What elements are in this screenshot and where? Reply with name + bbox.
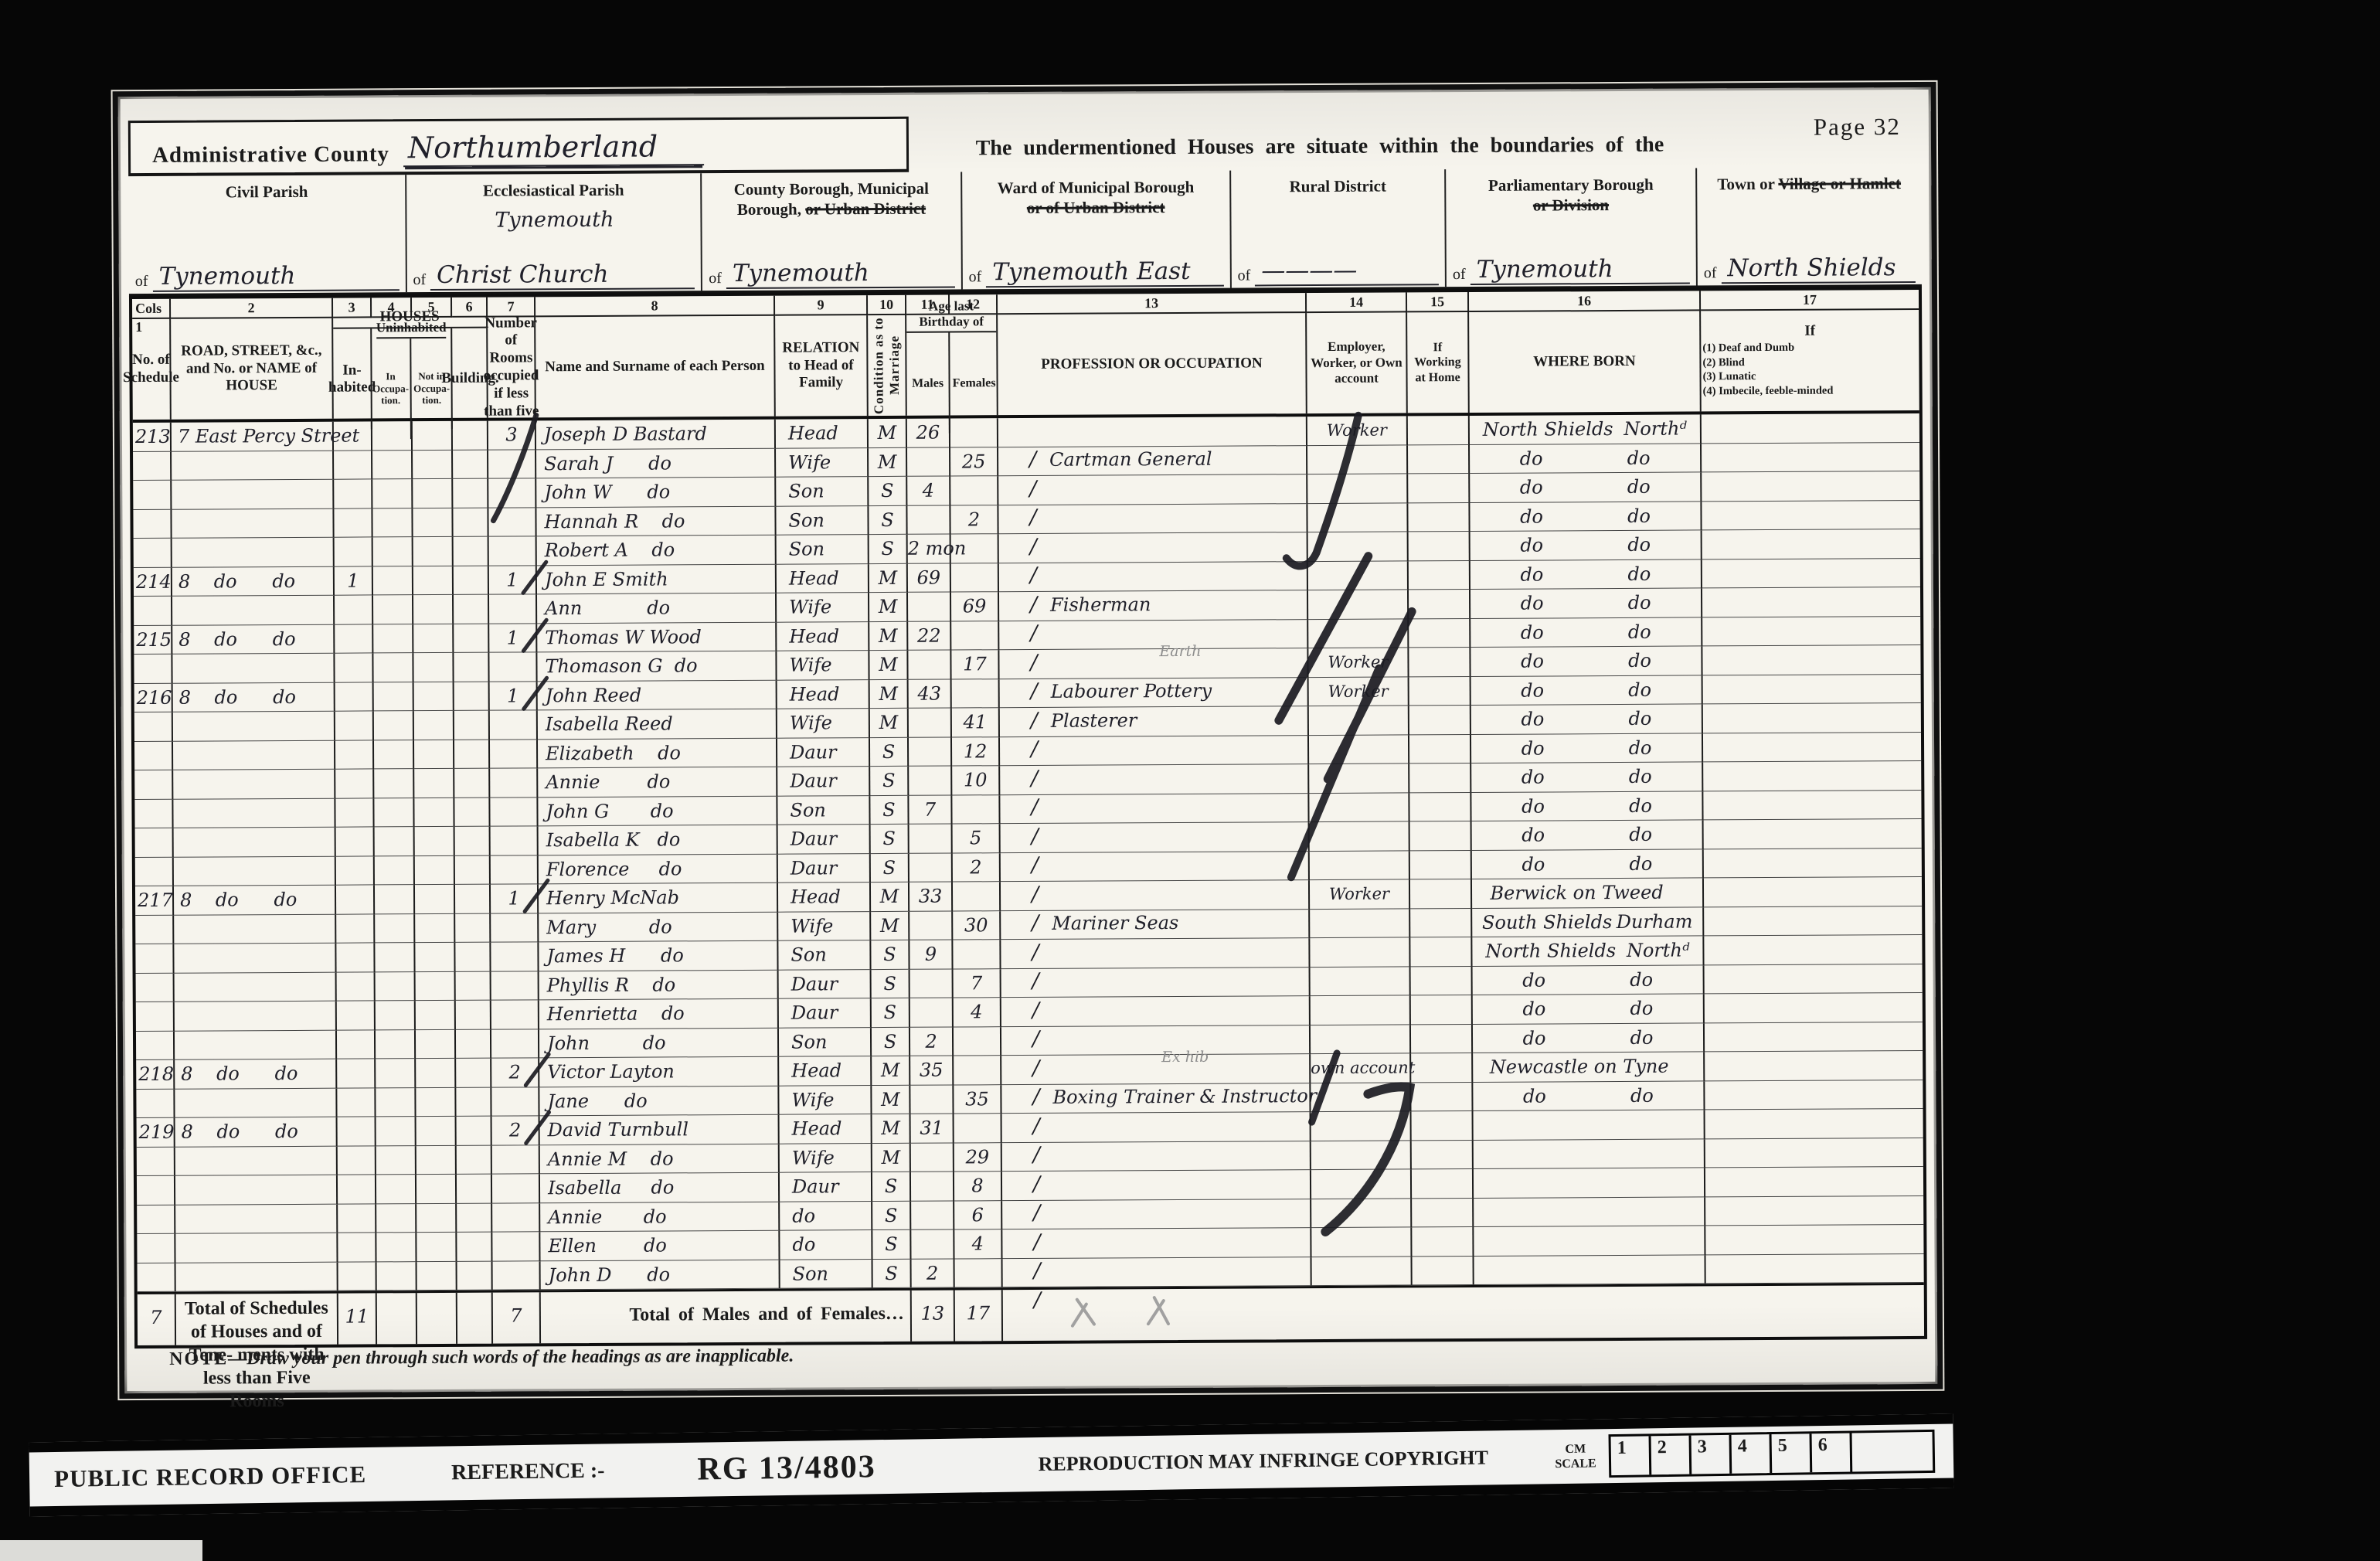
infirmity-cell xyxy=(1702,558,1920,588)
district-box-2: County Borough, MunicipalBorough, or Urb… xyxy=(702,172,963,291)
born-place: do xyxy=(1520,502,1543,531)
born-county: do xyxy=(1627,473,1651,502)
road-cell xyxy=(173,770,335,800)
building-cell xyxy=(454,769,490,798)
infirmity-cell xyxy=(1705,1195,1923,1226)
district-box-5: Parliamentary Boroughor DivisionofTynemo… xyxy=(1446,168,1698,287)
road-cell xyxy=(172,654,335,684)
cm-scale: CM SCALE 123456 xyxy=(1542,1430,1936,1479)
born-county: do xyxy=(1628,617,1651,646)
infirmity-cell xyxy=(1703,761,1921,791)
inhabited-cell xyxy=(337,1059,376,1088)
administrative-county-label: Administrative County xyxy=(152,141,389,168)
where-born-cell: do do xyxy=(1473,965,1705,995)
rooms-cell: 1 xyxy=(489,624,537,653)
uninhabited-not-in-occupation-cell xyxy=(416,971,456,1001)
condition-cell: S xyxy=(872,998,910,1028)
header-infirmities: If (1) Deaf and Dumb(2) Blind(3) Lunatic… xyxy=(1701,310,1919,411)
uninhabited-in-occupation-cell xyxy=(376,1030,416,1059)
age-female-cell xyxy=(953,882,1001,911)
employer-cell xyxy=(1308,561,1409,590)
age-male-cell xyxy=(909,737,952,767)
relation-cell: Son xyxy=(777,535,869,564)
road-cell xyxy=(174,856,336,886)
born-place: do xyxy=(1522,966,1545,995)
born-place: South Shields xyxy=(1482,908,1612,937)
schedule-number-cell xyxy=(135,857,174,886)
building-cell xyxy=(453,479,488,508)
uninhabited-not-in-occupation-cell xyxy=(413,653,454,682)
condition-cell: S xyxy=(869,535,908,564)
working-at-home-cell xyxy=(1409,763,1471,793)
uninhabited-in-occupation-cell xyxy=(372,451,413,480)
born-county: do xyxy=(1628,675,1651,704)
age-male-cell: 43 xyxy=(909,679,952,709)
schedule-number-cell: 213 xyxy=(133,423,172,452)
working-at-home-cell xyxy=(1410,821,1472,851)
age-male-cell xyxy=(907,505,950,535)
district-box-value: Christ Church xyxy=(430,260,695,291)
building-cell xyxy=(457,1145,492,1175)
born-county: do xyxy=(1627,531,1651,559)
name-cell: John D do xyxy=(541,1260,780,1290)
born-place: do xyxy=(1523,1082,1546,1110)
infirmity-cell xyxy=(1702,442,1919,472)
inhabited-cell xyxy=(335,711,374,740)
infirmity-cell xyxy=(1705,1225,1923,1255)
relation-cell: Daur xyxy=(778,825,871,854)
occupation-cell: ∕ xyxy=(1001,938,1310,969)
age-male-cell xyxy=(909,853,953,883)
where-born-cell: do do xyxy=(1471,733,1703,763)
cm-scale-tail xyxy=(1852,1432,1933,1472)
born-county: do xyxy=(1627,502,1651,530)
name-cell: Thomas W Wood xyxy=(537,622,777,652)
age-female-cell: 2 xyxy=(953,853,1001,883)
infirmity-cell xyxy=(1703,674,1921,704)
occupation-cell: ∕ xyxy=(1000,706,1309,737)
road-cell xyxy=(173,712,335,742)
column-number-8: 8 xyxy=(535,296,775,318)
header-condition: Condition as to Marriage xyxy=(868,315,907,416)
name-cell: David Turnbull xyxy=(540,1115,780,1145)
occupation-cell: ∕ xyxy=(998,446,1307,477)
occupation-cell: ∕ xyxy=(1002,1199,1311,1230)
uninhabited-in-occupation-cell xyxy=(376,1059,416,1088)
condition-cell: S xyxy=(869,505,907,535)
uninhabited-not-in-occupation-cell xyxy=(413,508,453,537)
road-cell xyxy=(172,451,334,481)
occupation-cell: ∕ xyxy=(1000,794,1309,825)
district-box-3: Ward of Municipal Boroughor of Urban Dis… xyxy=(962,171,1232,290)
age-female-cell xyxy=(952,795,1000,825)
name-cell: Annie do xyxy=(538,767,777,798)
working-at-home-cell xyxy=(1409,676,1471,706)
rooms-cell xyxy=(491,826,539,855)
born-place: do xyxy=(1521,706,1544,734)
name-cell: Victor Layton xyxy=(539,1057,779,1087)
born-county: do xyxy=(1629,821,1652,849)
building-cell xyxy=(454,740,490,769)
age-male-cell xyxy=(909,767,952,796)
where-born-cell: North Shields Northᵈ xyxy=(1472,936,1704,966)
where-born-cell: do do xyxy=(1471,762,1703,792)
schedule-number-cell xyxy=(134,539,172,568)
condition-cell: S xyxy=(871,940,909,970)
header-uninhabited: Uninhabited xyxy=(376,319,447,338)
age-male-cell xyxy=(909,709,952,738)
cm-scale-cell-2: 2 xyxy=(1651,1436,1692,1475)
where-born-cell: do do xyxy=(1473,1023,1705,1053)
inhabited-cell xyxy=(335,624,373,654)
column-number-14: 14 xyxy=(1307,292,1407,313)
inhabited-cell xyxy=(334,479,372,508)
schedule-number-cell xyxy=(136,1002,175,1032)
age-female-cell: 12 xyxy=(952,737,1000,767)
occupation-cell: ∕Cartman General xyxy=(998,417,1307,447)
employer-cell xyxy=(1310,909,1410,938)
census-sheet-paper: Administrative County Northumberland The… xyxy=(121,90,1936,1391)
employer-cell xyxy=(1309,763,1409,793)
uninhabited-not-in-occupation-cell xyxy=(415,827,455,856)
occupation-cell: ∕ xyxy=(1002,1170,1311,1201)
header-name: Name and Surname of each Person xyxy=(535,316,776,418)
age-male-cell: 35 xyxy=(910,1056,954,1086)
column-number-9: 9 xyxy=(775,295,868,316)
schedule-number-cell xyxy=(134,655,172,684)
working-at-home-cell xyxy=(1412,1140,1474,1169)
uninhabited-not-in-occupation-cell xyxy=(416,1029,456,1059)
administrative-county-value: Northumberland xyxy=(403,129,704,167)
rooms-cell xyxy=(492,1203,540,1233)
building-cell xyxy=(454,682,490,711)
road-cell xyxy=(173,798,335,828)
building-cell xyxy=(454,624,489,653)
inhabited-cell xyxy=(338,1117,376,1146)
inhabited-cell xyxy=(336,827,375,856)
born-place: do xyxy=(1521,763,1545,791)
road-cell: 7 East Percy Street xyxy=(172,422,334,452)
totals-row: 7 Total of Schedules of Houses and of Te… xyxy=(138,1283,1924,1345)
working-at-home-cell xyxy=(1409,792,1471,821)
rooms-cell xyxy=(489,652,537,682)
age-female-cell xyxy=(952,679,1000,709)
header-infirmity-item: (4) Imbecile, feeble-minded xyxy=(1703,384,1834,400)
public-record-office-label: PUBLIC RECORD OFFICE xyxy=(54,1461,367,1493)
building-cell xyxy=(457,1261,493,1291)
born-place: do xyxy=(1520,532,1543,560)
condition-cell: S xyxy=(870,767,909,796)
where-born-cell: do do xyxy=(1470,617,1702,648)
relation-cell: Head xyxy=(779,1056,872,1086)
schedule-number-cell: 216 xyxy=(134,683,173,712)
name-cell: Isabella do xyxy=(540,1173,780,1203)
page-number: Page 32 xyxy=(1731,113,1921,168)
condition-cell: M xyxy=(870,709,909,738)
relation-cell: Son xyxy=(776,477,869,506)
inhabited-cell xyxy=(338,1204,376,1233)
uninhabited-not-in-occupation-cell xyxy=(413,537,454,566)
born-place: do xyxy=(1523,1024,1546,1053)
schedule-number-cell xyxy=(137,1176,175,1206)
relation-cell: Wife xyxy=(776,448,869,478)
age-female-cell: 29 xyxy=(954,1143,1002,1172)
where-born-cell: South Shields Durham xyxy=(1472,907,1704,937)
rooms-cell xyxy=(491,942,539,971)
header-occupation: PROFESSION OR OCCUPATION xyxy=(998,313,1307,415)
where-born-cell: do do xyxy=(1472,849,1704,879)
uninhabited-not-in-occupation-cell xyxy=(416,1175,457,1204)
inhabited-cell xyxy=(335,798,374,828)
inhabited-cell xyxy=(335,769,374,798)
born-county: do xyxy=(1629,733,1652,762)
rooms-cell xyxy=(489,594,537,624)
born-place: do xyxy=(1521,590,1544,618)
born-county: do xyxy=(1630,995,1653,1023)
administrative-county-box: Administrative County Northumberland xyxy=(128,117,909,176)
working-at-home-cell xyxy=(1410,937,1472,967)
born-place: Berwick on Tweed xyxy=(1490,879,1663,908)
header-inhabited: In-habited xyxy=(333,329,372,430)
uninhabited-not-in-occupation-cell xyxy=(413,624,454,653)
age-male-cell: 22 xyxy=(908,621,951,651)
born-county: do xyxy=(1628,589,1651,617)
column-headers-row: No. of Schedule ROAD, STREET, &c., and N… xyxy=(132,310,1919,423)
inhabited-cell xyxy=(335,537,373,566)
totals-empty-cell xyxy=(417,1293,457,1344)
condition-cell: M xyxy=(869,621,908,651)
working-at-home-cell xyxy=(1409,618,1470,648)
cm-scale-label-line1: CM xyxy=(1565,1442,1586,1455)
relation-cell: Head xyxy=(777,680,870,709)
inhabited-cell xyxy=(337,972,376,1002)
building-cell xyxy=(457,1203,492,1233)
road-cell xyxy=(175,1146,338,1176)
building-cell xyxy=(456,1029,491,1059)
age-female-cell: 17 xyxy=(951,650,999,679)
name-cell: Annie M do xyxy=(540,1144,780,1174)
age-female-cell: 8 xyxy=(954,1172,1002,1201)
cm-scale-ruler: 123456 xyxy=(1608,1430,1935,1478)
working-at-home-cell xyxy=(1411,966,1473,995)
uninhabited-in-occupation-cell xyxy=(374,798,414,828)
employer-cell xyxy=(1307,474,1408,503)
age-female-cell: 35 xyxy=(954,1085,1001,1114)
occupation-cell: ∕ xyxy=(1002,1228,1311,1259)
district-box-label: Ecclesiastical Parish xyxy=(413,179,695,201)
schedule-number-cell xyxy=(137,1205,175,1234)
building-cell xyxy=(456,1001,491,1030)
uninhabited-in-occupation-cell xyxy=(373,566,413,596)
employer-cell xyxy=(1308,532,1409,561)
condition-cell: S xyxy=(871,825,909,854)
rooms-cell: 1 xyxy=(490,682,538,711)
age-female-cell: 5 xyxy=(953,824,1001,853)
age-male-cell: 69 xyxy=(908,563,951,593)
uninhabited-not-in-occupation-cell xyxy=(414,711,454,740)
where-born-cell: do do xyxy=(1470,646,1702,676)
district-box-value: Tynemouth East xyxy=(986,257,1224,288)
where-born-cell: do do xyxy=(1470,530,1702,560)
building-cell xyxy=(454,711,490,740)
district-box-label: Civil Parish xyxy=(134,181,399,202)
infirmity-cell xyxy=(1705,1109,1923,1139)
rooms-cell: 1 xyxy=(491,884,539,913)
schedule-number-cell xyxy=(136,1089,175,1118)
building-cell xyxy=(455,855,491,885)
where-born-cell: do do xyxy=(1472,820,1704,850)
name-cell: Ann do xyxy=(537,593,777,624)
working-at-home-cell xyxy=(1409,648,1470,677)
uninhabited-not-in-occupation-cell xyxy=(413,450,453,479)
occupation-cell: ∕ xyxy=(1002,1112,1311,1143)
uninhabited-not-in-occupation-cell xyxy=(416,1001,456,1030)
rooms-cell xyxy=(488,450,536,479)
rooms-cell: 3 xyxy=(488,420,536,450)
age-male-cell: 2 xyxy=(910,1027,954,1056)
name-cell: Thomason G do xyxy=(537,651,777,682)
infirmity-cell xyxy=(1705,1051,1923,1081)
born-place: do xyxy=(1521,676,1544,705)
rooms-cell xyxy=(488,478,536,508)
occupation-cell: ∕Fisherman xyxy=(999,562,1308,593)
occupation-cell: ∕ xyxy=(1000,736,1309,767)
building-cell xyxy=(455,943,491,972)
inhabited-cell xyxy=(337,1030,376,1059)
age-male-cell xyxy=(910,998,954,1028)
age-male-cell xyxy=(908,651,951,680)
employer-cell xyxy=(1310,821,1410,851)
born-county: do xyxy=(1628,647,1651,675)
inhabited-cell xyxy=(338,1233,376,1262)
column-number-17: 17 xyxy=(1701,290,1919,311)
age-male-cell xyxy=(911,1230,954,1260)
occupation-cell: ∕ xyxy=(1003,1257,1312,1288)
uninhabited-not-in-occupation-cell xyxy=(416,1203,457,1233)
rooms-cell xyxy=(492,1174,540,1203)
district-box-label: Parliamentary Boroughor Division xyxy=(1452,175,1689,216)
occupation-cell: ∕ xyxy=(1001,822,1310,853)
employer-cell: Worker xyxy=(1310,879,1410,909)
schedule-number-cell xyxy=(135,944,174,974)
occupation-cell: ∕Plasterer xyxy=(1000,678,1309,709)
born-county: do xyxy=(1630,1023,1654,1052)
condition-cell: M xyxy=(872,1085,910,1114)
age-female-cell: 7 xyxy=(954,969,1001,998)
born-county: Durham xyxy=(1617,907,1693,936)
where-born-cell xyxy=(1474,1110,1705,1140)
infirmity-cell xyxy=(1704,935,1922,965)
district-box-label: Rural District xyxy=(1237,175,1439,197)
relation-cell: Daur xyxy=(780,1172,872,1202)
condition-cell: S xyxy=(872,1172,911,1202)
column-number-2: 2 xyxy=(171,298,333,319)
born-county: do xyxy=(1627,559,1651,588)
uninhabited-in-occupation-cell xyxy=(375,943,415,972)
condition-cell: M xyxy=(872,1056,910,1086)
schedule-number-cell xyxy=(136,973,175,1002)
employer-cell xyxy=(1312,1257,1413,1286)
born-place: do xyxy=(1520,560,1543,589)
uninhabited-in-occupation-cell xyxy=(373,595,413,624)
building-cell xyxy=(456,971,491,1001)
name-cell: Jane do xyxy=(539,1086,779,1116)
infirmity-cell xyxy=(1703,790,1921,820)
infirmity-cell xyxy=(1703,703,1921,733)
employer-cell: Worker xyxy=(1307,416,1408,445)
condition-cell: M xyxy=(871,911,909,940)
rooms-cell xyxy=(490,768,538,798)
employer-cell xyxy=(1310,937,1410,967)
total-inhabited-value: 11 xyxy=(338,1293,377,1344)
infirmity-cell xyxy=(1705,964,1923,994)
relation-cell: Wife xyxy=(777,709,870,738)
working-at-home-cell xyxy=(1411,1053,1473,1083)
cm-scale-cell-5: 5 xyxy=(1772,1433,1813,1473)
condition-cell: M xyxy=(871,883,909,912)
schedule-number-cell xyxy=(133,509,172,539)
road-cell xyxy=(175,1233,338,1263)
employer-cell xyxy=(1311,1141,1412,1170)
inhabited-cell xyxy=(335,740,374,770)
occupation-cell: ∕Boxing Trainer & Instructor Ex hib xyxy=(1001,1054,1311,1085)
inhabited-cell xyxy=(338,1175,376,1204)
district-box-value: ———— xyxy=(1255,256,1439,286)
age-female-cell: 41 xyxy=(952,708,1000,737)
road-cell xyxy=(172,538,335,568)
building-cell xyxy=(454,595,489,624)
schedule-number-cell: 217 xyxy=(135,886,174,916)
age-male-cell: 4 xyxy=(907,477,950,506)
uninhabited-in-occupation-cell xyxy=(376,1146,416,1175)
road-cell xyxy=(175,1175,338,1206)
working-at-home-cell xyxy=(1408,416,1470,445)
total-females-value: 17 xyxy=(955,1290,1003,1341)
uninhabited-not-in-occupation-cell xyxy=(416,1059,456,1088)
occupation-cell: ∕Labourer Pottery Earth xyxy=(999,648,1308,679)
rooms-cell xyxy=(491,971,539,1001)
schedule-number-cell xyxy=(136,1031,175,1060)
condition-cell: S xyxy=(869,477,907,506)
inhabited-cell xyxy=(336,914,375,944)
infirmity-cell xyxy=(1702,616,1920,646)
employer-cell xyxy=(1308,619,1409,648)
working-at-home-cell xyxy=(1408,502,1470,532)
employer-cell xyxy=(1311,1083,1411,1112)
occupation-cell: ∕ xyxy=(1001,852,1310,883)
uninhabited-not-in-occupation-cell xyxy=(415,885,455,914)
working-at-home-cell xyxy=(1410,908,1472,937)
cm-scale-cell-4: 4 xyxy=(1732,1434,1773,1474)
occupation-cell: ∕ xyxy=(998,504,1307,535)
age-male-cell: 2 mon xyxy=(908,535,951,564)
age-male-cell: 31 xyxy=(911,1114,954,1144)
uninhabited-not-in-occupation-cell xyxy=(414,682,454,711)
road-cell: 8 do do xyxy=(175,1059,337,1090)
uninhabited-in-occupation-cell xyxy=(372,479,413,508)
building-cell xyxy=(454,798,490,827)
occupation-cell: ∕ xyxy=(1002,1141,1311,1172)
employer-cell xyxy=(1311,1025,1411,1054)
road-cell: 8 do do xyxy=(173,682,335,712)
road-cell xyxy=(172,508,334,539)
inhabited-cell xyxy=(337,1088,376,1117)
building-cell xyxy=(455,885,491,914)
schedule-number-cell xyxy=(135,915,174,944)
building-cell xyxy=(457,1117,492,1146)
schedule-number-cell xyxy=(137,1147,175,1176)
where-born-cell: do do xyxy=(1470,472,1702,502)
